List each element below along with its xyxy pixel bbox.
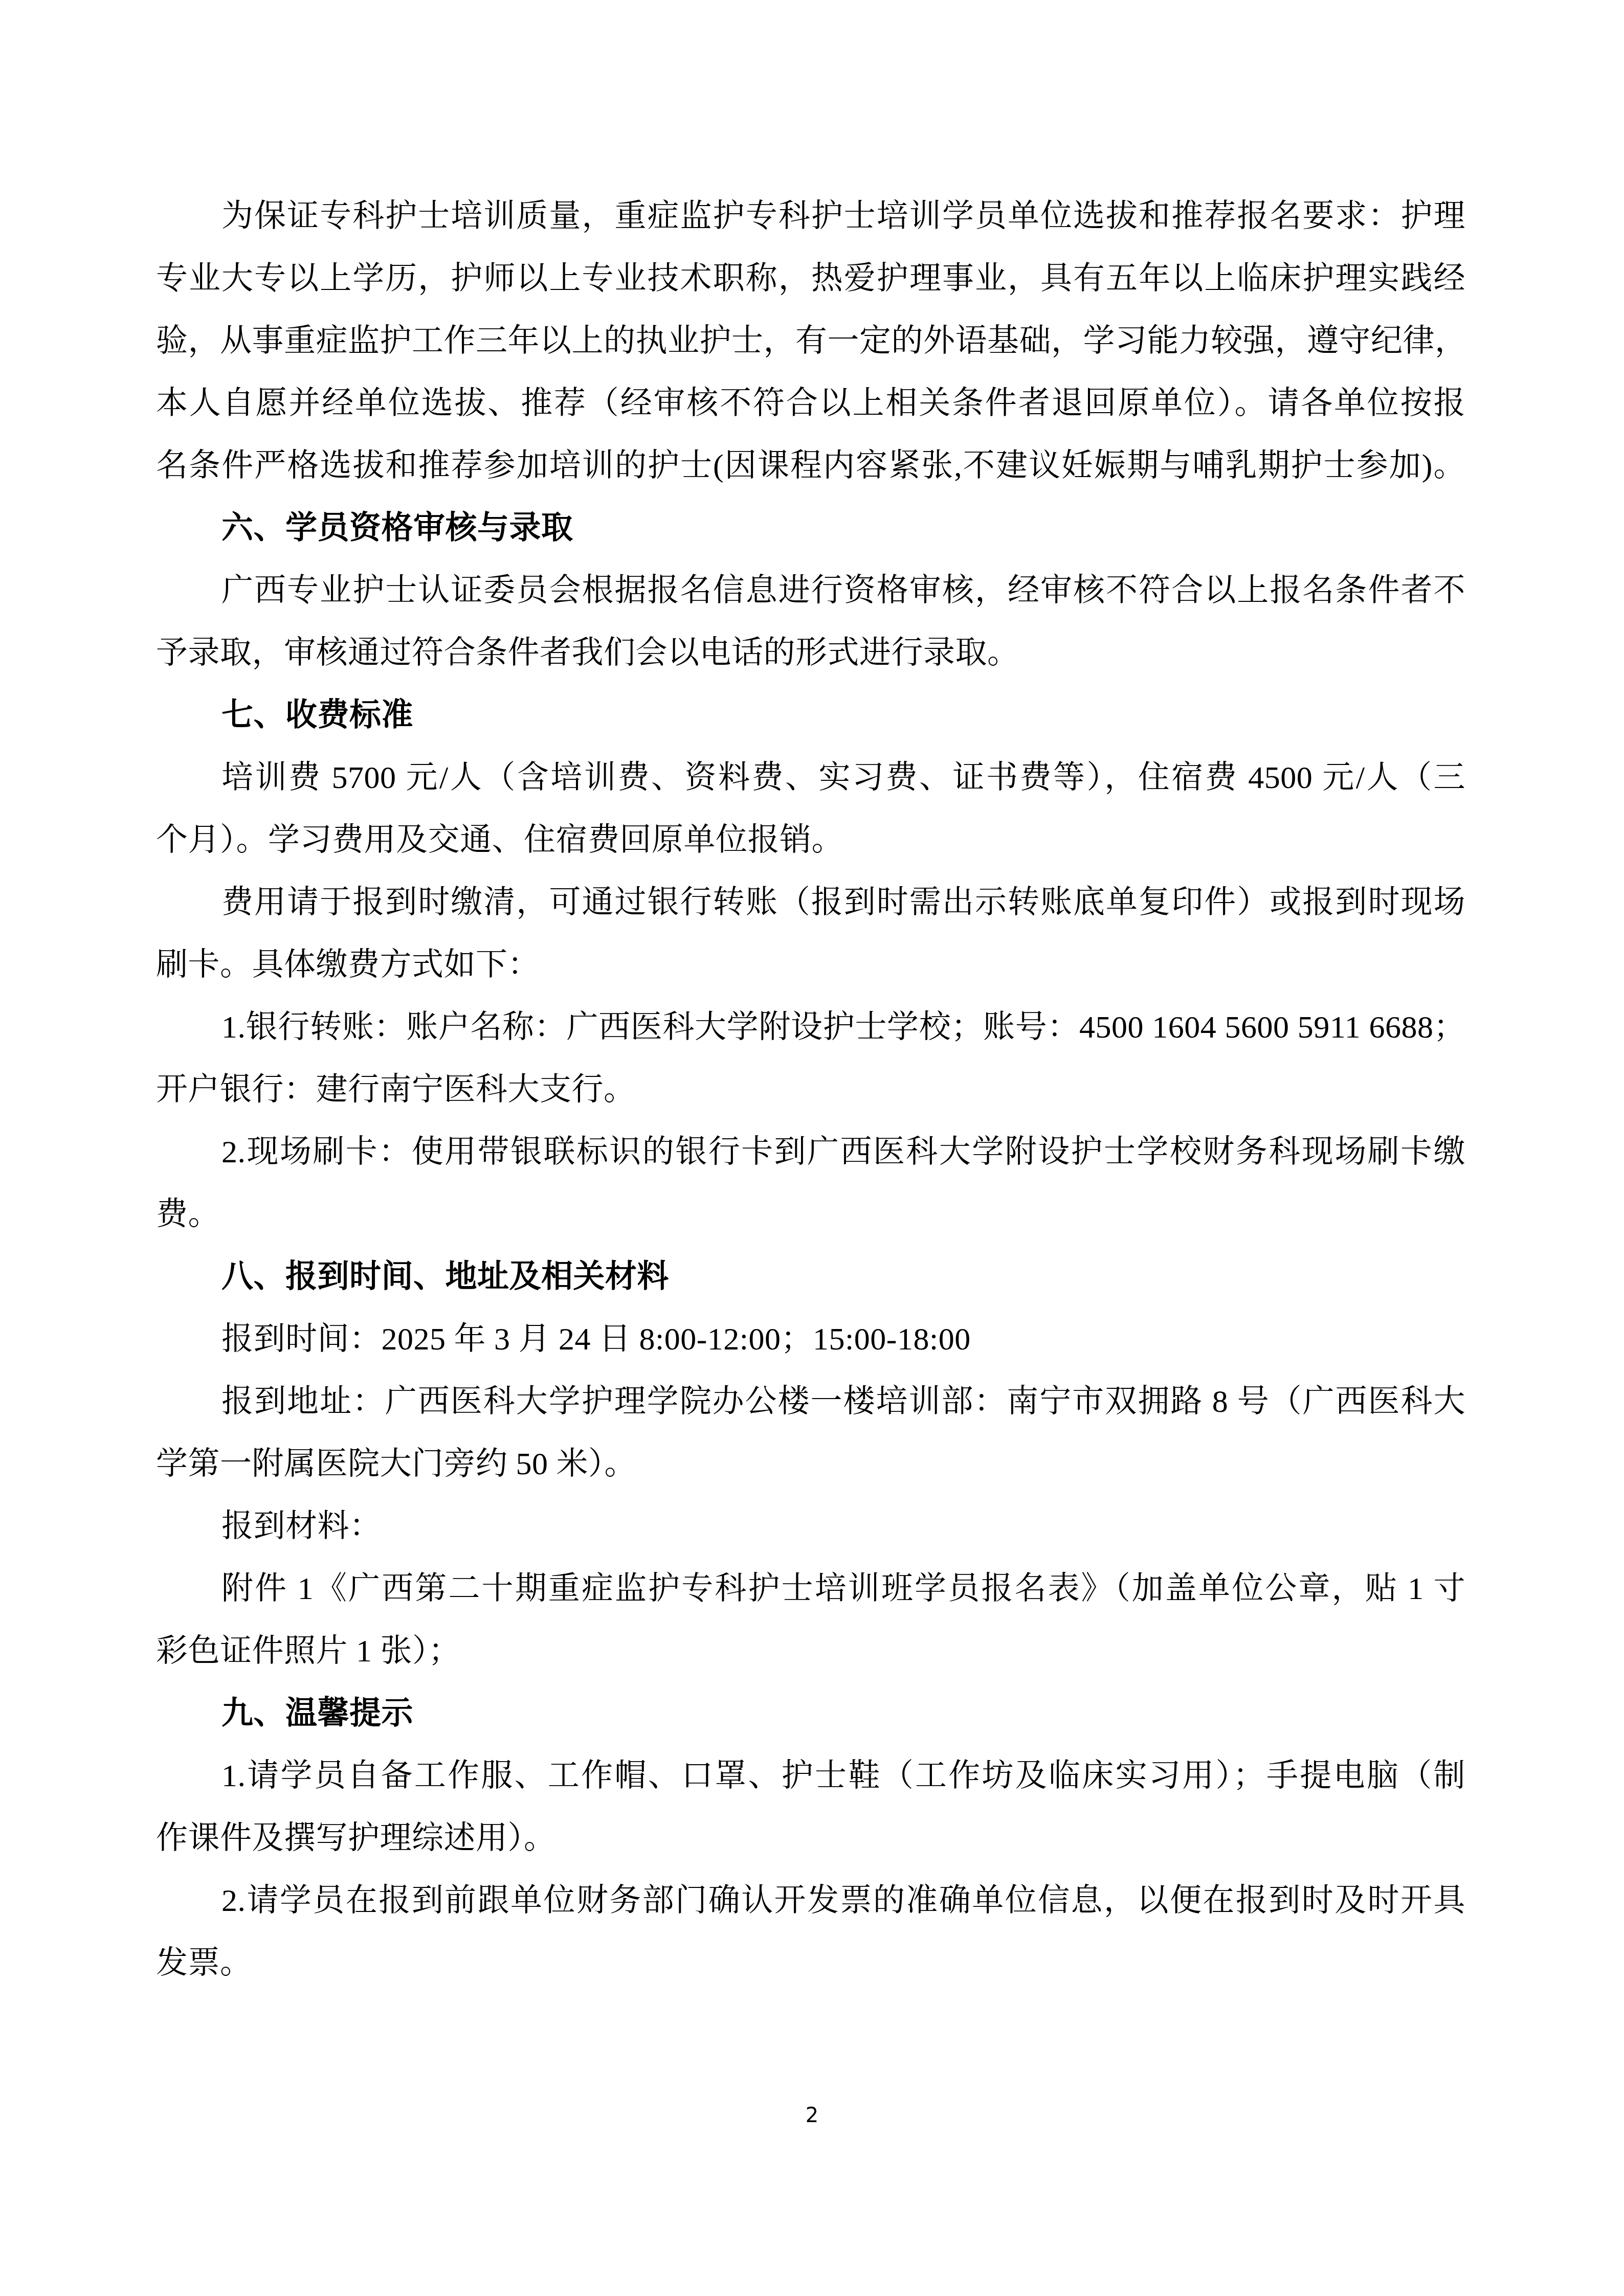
document-page: 为保证专科护士培训质量，重症监护专科护士培训学员单位选拔和推荐报名要求：护理 专… [0, 0, 1624, 2296]
paragraph-tip-2-line-2: 发票。 [156, 1939, 1465, 2001]
paragraph-requirements-line-3: 验，从事重症监护工作三年以上的执业护士，有一定的外语基础，学习能力较强，遵守纪律… [156, 317, 1465, 379]
paragraph-card-payment-line-1: 2.现场刷卡：使用带银联标识的银行卡到广西医科大学附设护士学校财务科现场刷卡缴 [156, 1128, 1465, 1190]
paragraph-registration-address-line-1: 报到地址：广西医科大学护理学院办公楼一楼培训部：南宁市双拥路 8 号（广西医科大 [156, 1377, 1465, 1439]
paragraph-bank-transfer-line-2: 开户银行：建行南宁医科大支行。 [156, 1065, 1465, 1128]
paragraph-requirements-line-2: 专业大专以上学历，护师以上专业技术职称，热爱护理事业，具有五年以上临床护理实践经 [156, 254, 1465, 317]
paragraph-tip-1-line-1: 1.请学员自备工作服、工作帽、口罩、护士鞋（工作坊及临床实习用）；手提电脑（制 [156, 1751, 1465, 1814]
paragraph-bank-transfer-line-1: 1.银行转账：账户名称：广西医科大学附设护士学校；账号：4500 1604 56… [156, 1003, 1465, 1065]
paragraph-fees-line-1: 培训费 5700 元/人（含培训费、资料费、实习费、证书费等），住宿费 4500… [156, 753, 1465, 816]
paragraph-tip-1-line-2: 作课件及撰写护理综述用）。 [156, 1814, 1465, 1876]
paragraph-tip-2-line-1: 2.请学员在报到前跟单位财务部门确认开发票的准确单位信息，以便在报到时及时开具 [156, 1876, 1465, 1939]
document-body: 为保证专科护士培训质量，重症监护专科护士培训学员单位选拔和推荐报名要求：护理 专… [156, 192, 1465, 2001]
paragraph-qualification-line-2: 予录取，审核通过符合条件者我们会以电话的形式进行录取。 [156, 628, 1465, 691]
paragraph-payment-line-2: 刷卡。具体缴费方式如下： [156, 940, 1465, 1003]
paragraph-registration-address-line-2: 学第一附属医院大门旁约 50 米）。 [156, 1439, 1465, 1502]
paragraph-requirements-line-1: 为保证专科护士培训质量，重症监护专科护士培训学员单位选拔和推荐报名要求：护理 [156, 192, 1465, 254]
section-heading-8: 八、报到时间、地址及相关材料 [156, 1252, 1465, 1315]
section-heading-7: 七、收费标准 [156, 691, 1465, 753]
paragraph-requirements-line-5: 名条件严格选拔和推荐参加培训的护士(因课程内容紧张,不建议妊娠期与哺乳期护士参加… [156, 441, 1465, 504]
section-heading-9: 九、温馨提示 [156, 1689, 1465, 1751]
paragraph-requirements-line-4: 本人自愿并经单位选拔、推荐（经审核不符合以上相关条件者退回原单位）。请各单位按报 [156, 379, 1465, 441]
paragraph-fees-line-2: 个月）。学习费用及交通、住宿费回原单位报销。 [156, 816, 1465, 878]
paragraph-registration-materials-label: 报到材料： [156, 1502, 1465, 1564]
paragraph-qualification-line-1: 广西专业护士认证委员会根据报名信息进行资格审核，经审核不符合以上报名条件者不 [156, 566, 1465, 628]
paragraph-card-payment-line-2: 费。 [156, 1190, 1465, 1252]
paragraph-attachment-line-1: 附件 1《广西第二十期重症监护专科护士培训班学员报名表》（加盖单位公章，贴 1 … [156, 1564, 1465, 1627]
paragraph-payment-line-1: 费用请于报到时缴清，可通过银行转账（报到时需出示转账底单复印件）或报到时现场 [156, 878, 1465, 940]
paragraph-attachment-line-2: 彩色证件照片 1 张）； [156, 1627, 1465, 1689]
paragraph-registration-time: 报到时间：2025 年 3 月 24 日 8:00-12:00；15:00-18… [156, 1315, 1465, 1377]
page-number: 2 [0, 2103, 1624, 2128]
section-heading-6: 六、学员资格审核与录取 [156, 504, 1465, 566]
